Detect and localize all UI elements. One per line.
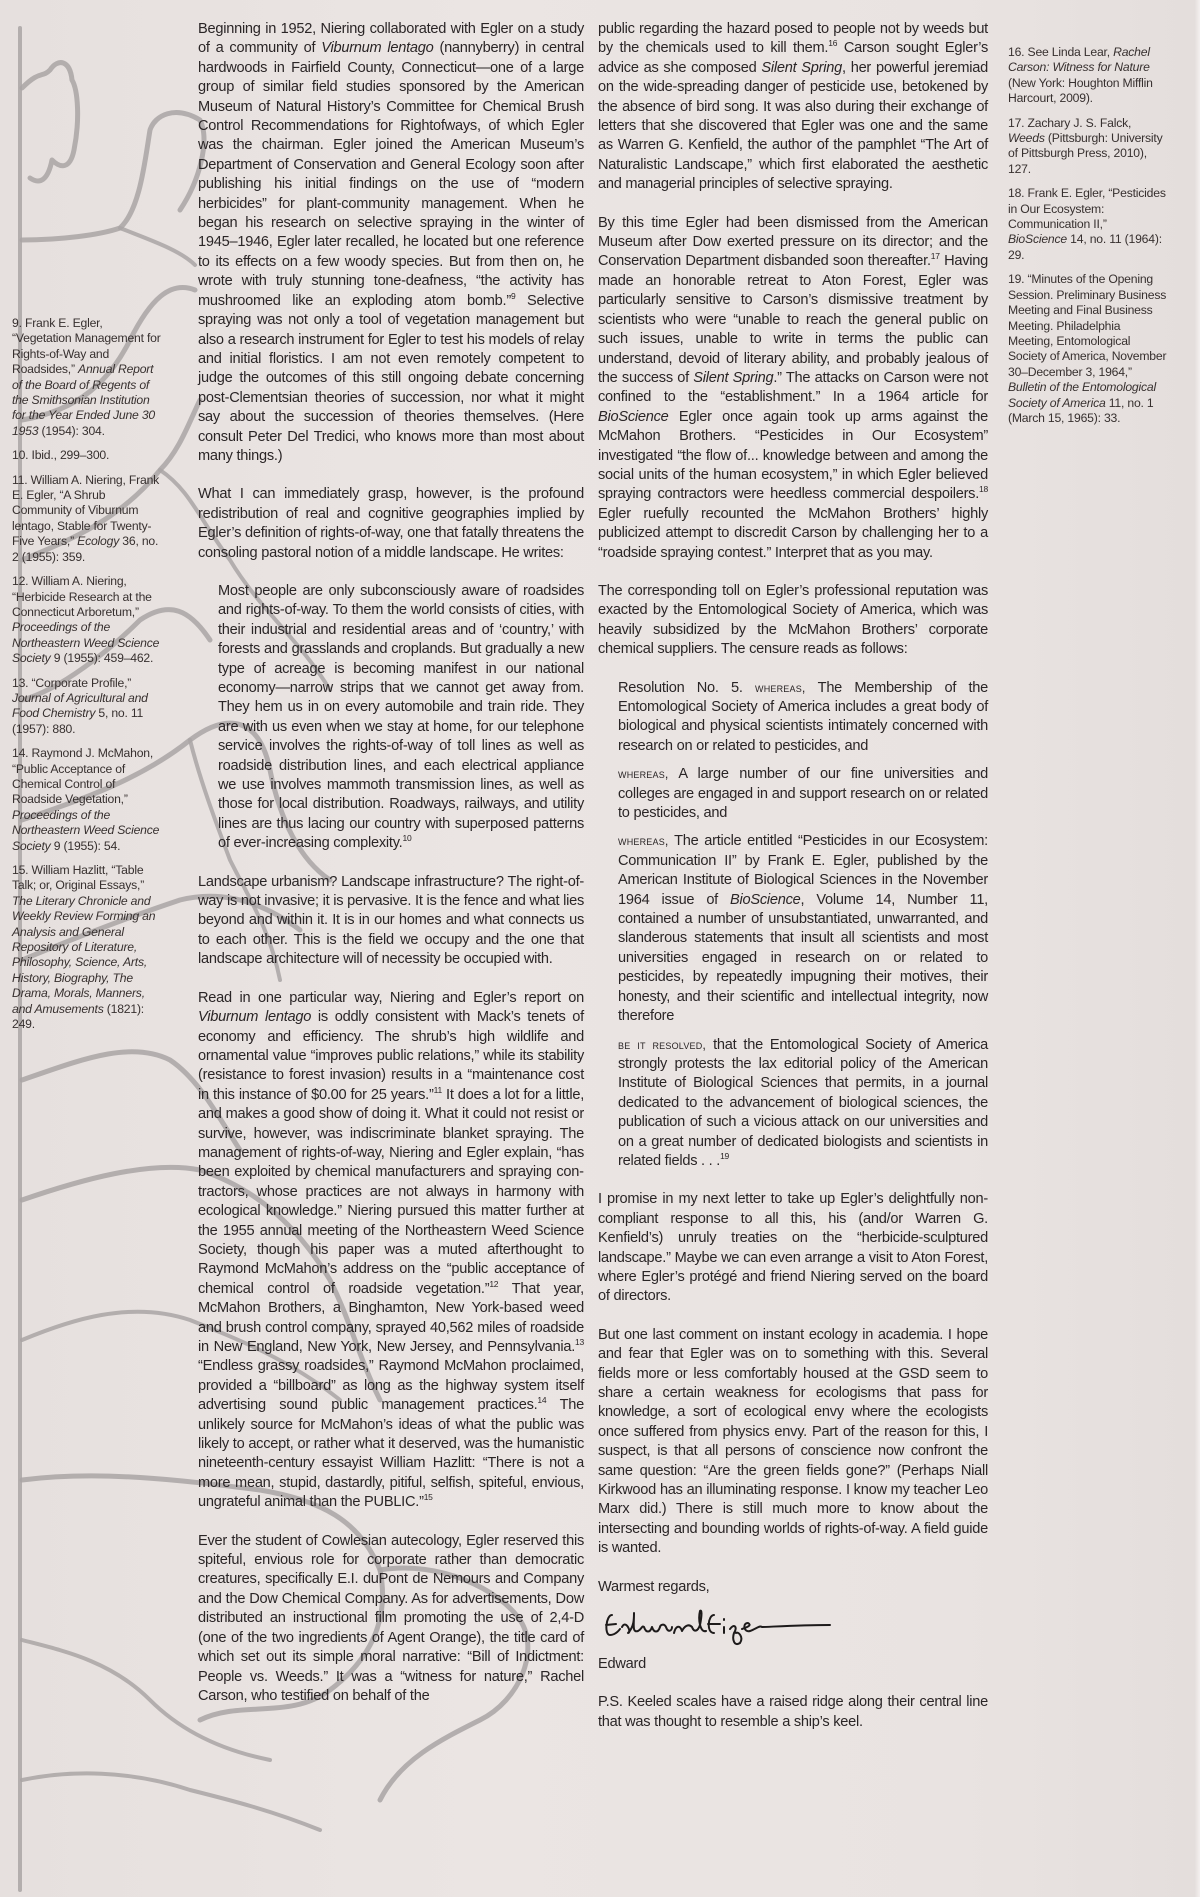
footnotes-right: 16. See Linda Lear, Rachel Carson: Witne… [1008,45,1168,435]
footnote: 11. William A. Niering, Frank E. Egler, … [12,473,164,565]
paragraph: Ever the student of Cowlesian autecology… [198,1532,584,1707]
page-fold [1194,0,1200,1897]
footnote: 13. “Corporate Profile,” Journal of Agri… [12,676,164,738]
footnote: 9. Frank E. Egler, “Vegetation Managemen… [12,316,164,439]
sign-off-name: Edward [598,1655,988,1674]
closing: Warmest regards, [598,1578,988,1597]
paragraph: The corresponding toll on Egler’s profes… [598,582,988,660]
postscript: P.S. Keeled scales have a raised ridge a… [598,1693,988,1732]
signature [598,1605,988,1649]
paragraph: By this time Egler had been dismissed fr… [598,214,988,563]
footnote: 19. “Minutes of the Opening Session. Pre… [1008,272,1168,426]
article-column-1: Beginning in 1952, Niering collaborated … [198,20,584,1725]
footnote: 12. William A. Niering, “Herbicide Resea… [12,574,164,666]
paragraph: Landscape urbanism? Landscape infrastruc… [198,873,584,970]
paragraph: What I can immediately grasp, however, i… [198,485,584,563]
footnote: 18. Frank E. Egler, “Pesticides in Our E… [1008,186,1168,263]
resolution-quote: Resolution No. 5. whereas, The Membershi… [618,679,988,1172]
paragraph: But one last comment on instant ecology … [598,1326,988,1559]
footnote: 17. Zachary J. S. Falck, Weeds (Pittsbur… [1008,116,1168,178]
footnote: 15. William Hazlitt, “Table Talk; or, Or… [12,863,164,1032]
block-quote: Most people are only subconsciously awar… [218,582,584,854]
footnote: 14. Raymond J. McMahon, “Public Acceptan… [12,746,164,854]
newspaper-page: 9. Frank E. Egler, “Vegetation Managemen… [0,0,1200,1897]
footnote: 16. See Linda Lear, Rachel Carson: Witne… [1008,45,1168,107]
footnote: 10. Ibid., 299–300. [12,448,164,463]
paragraph: Read in one particular way, Niering and … [198,989,584,1513]
paragraph: public regarding the hazard posed to peo… [598,20,988,195]
article-column-2: public regarding the hazard posed to peo… [598,20,988,1751]
signature-icon [598,1605,838,1649]
paragraph: I promise in my next letter to take up E… [598,1190,988,1306]
footnotes-left: 9. Frank E. Egler, “Vegetation Managemen… [12,316,164,1041]
paragraph: Beginning in 1952, Niering collaborated … [198,20,584,466]
